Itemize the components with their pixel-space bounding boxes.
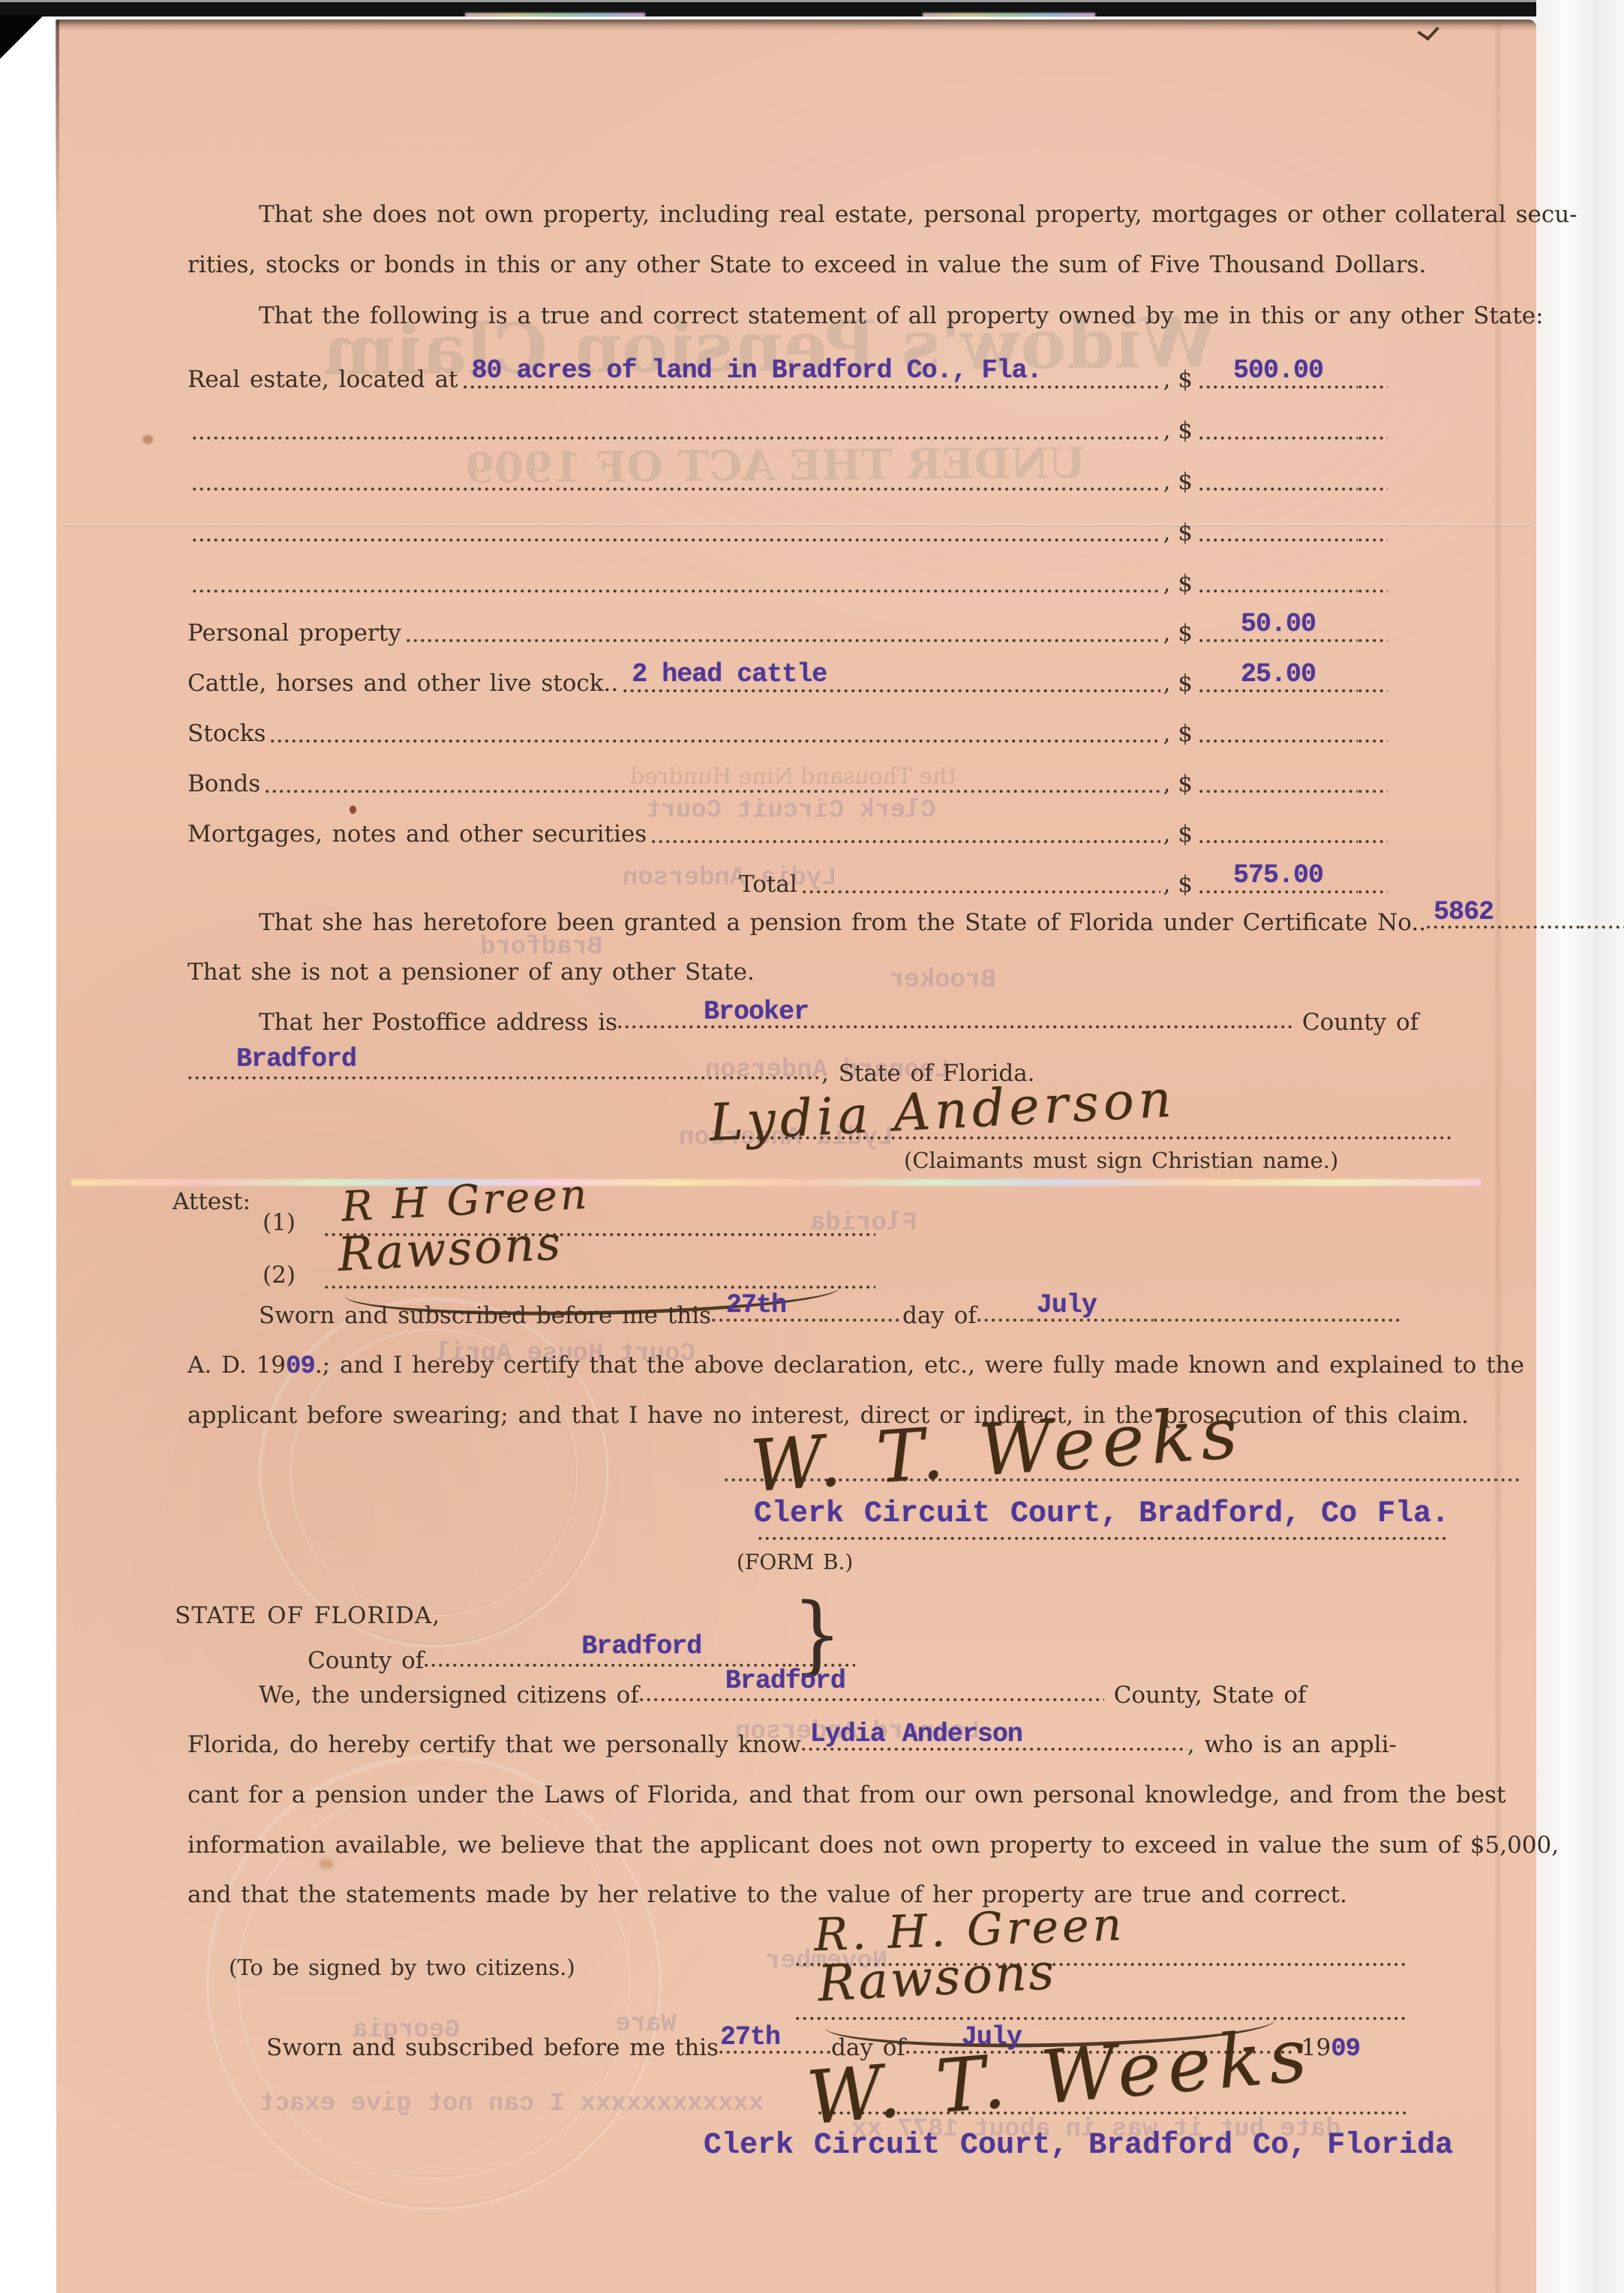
typed-amount: 25.00: [1241, 659, 1316, 689]
typed-month: July: [1037, 1290, 1097, 1320]
dotted-leader: [711, 1316, 719, 1323]
dotted-leader: [1358, 637, 1388, 644]
dotted-leader: [192, 536, 1160, 543]
typed-day: 27th: [726, 1290, 786, 1320]
dollar-sign: , $: [1160, 417, 1199, 444]
property-row-label: Bonds: [188, 770, 260, 797]
total-row: Total , $ 575.00: [739, 863, 1388, 898]
property-row-label: Mortgages, notes and other securities: [188, 821, 647, 848]
property-row: Bonds, $: [188, 763, 1388, 797]
typed-clerk-title: Clerk Circuit Court, Bradford Co, Florid…: [704, 2129, 1453, 2162]
dotted-leader: July: [1029, 1316, 1153, 1323]
form-b-label: (FORM B.): [737, 1550, 853, 1574]
amount-box: 25.00: [1199, 687, 1358, 694]
dollar-sign: , $: [1160, 770, 1199, 797]
property-row: , $: [188, 410, 1388, 444]
typed-postoffice: Brooker: [704, 997, 809, 1027]
typed-amount: 500.00: [1233, 356, 1323, 386]
not-pensioner-line: That she is not a pensioner of any other…: [188, 959, 755, 986]
scan-rainbow-artifact: [71, 1179, 1481, 1186]
fold-crease: [1496, 20, 1500, 2293]
amount-box: [1199, 838, 1358, 845]
amount-box: [1199, 737, 1358, 744]
embossed-seal: [206, 1755, 661, 2210]
property-row-label: Stocks: [188, 720, 266, 747]
dotted-leader: 80 acres of land in Bradford Co., Fla.: [463, 383, 1160, 390]
ad-rest: .; and I hereby certify that the above d…: [315, 1352, 1524, 1379]
citizens-line-1: We, the undersigned citizens ofBradford …: [259, 1682, 1307, 1709]
typed-county: Bradford: [236, 1044, 356, 1074]
citizens-line-3: cant for a pension under the Laws of Flo…: [188, 1781, 1506, 1808]
ad-prefix: A. D. 19: [188, 1352, 286, 1379]
sworn-prefix: Sworn and subscribed before me this: [266, 2034, 719, 2061]
dollar-sign: , $: [1160, 620, 1199, 647]
typed-entry: 2 head cattle: [632, 659, 827, 689]
dotted-leader: [192, 434, 1160, 441]
day-of-label: day of: [902, 1302, 977, 1329]
amount-box: [1199, 587, 1358, 594]
dotted-leader: Brooker: [696, 1023, 1292, 1030]
dotted-leader: [824, 1316, 902, 1323]
typed-clerk-title: Clerk Circuit Court, Bradford, Co Fla.: [754, 1497, 1449, 1531]
signature-line: [818, 2109, 1410, 2116]
amount-box: [1199, 536, 1358, 543]
dotted-leader: [1358, 687, 1388, 694]
notary-title-1: Clerk Circuit Court, Bradford, Co Fla.: [754, 1497, 1449, 1531]
property-row-label: Personal property: [188, 620, 401, 647]
dotted-leader: 27th: [719, 1316, 824, 1323]
know-suffix: , who is an appli-: [1187, 1731, 1397, 1758]
dotted-leader: 2 head cattle: [623, 687, 1160, 694]
amount-box: 575.00: [1199, 888, 1358, 895]
embossed-seal: [259, 1298, 608, 1647]
dotted-leader: Lydia Anderson: [801, 1745, 1187, 1752]
dotted-leader: [424, 1661, 525, 1668]
pension-granted-text: That she has heretofore been granted a p…: [259, 909, 1426, 936]
postoffice-label: That her Postoffice address is: [259, 1009, 617, 1036]
declaration-line: rities, stocks or bonds in this or any o…: [188, 251, 1426, 278]
dollar-sign: , $: [1160, 821, 1199, 848]
state-of-florida-line: STATE OF FLORIDA,: [175, 1602, 440, 1629]
dotted-leader: [1358, 536, 1388, 543]
scanner-edge-bar: [0, 0, 1624, 17]
property-row: Cattle, horses and other live stock..2 h…: [188, 662, 1388, 697]
signature-line: [713, 1134, 1451, 1141]
typed-year: 09: [1331, 2035, 1360, 2063]
dotted-leader: [617, 1023, 696, 1030]
dotted-leader: [1358, 888, 1388, 895]
dollar-sign: , $: [1160, 570, 1199, 597]
property-row-label: Cattle, horses and other live stock..: [188, 670, 618, 697]
citizens-prefix: We, the undersigned citizens of: [259, 1682, 639, 1709]
dotted-leader: 5862: [1426, 923, 1580, 930]
amount-box: [1199, 485, 1358, 492]
dotted-leader: [1358, 383, 1388, 390]
typed-amount: 50.00: [1241, 609, 1316, 639]
dotted-leader: [1153, 1316, 1400, 1323]
typed-certificate-no: 5862: [1433, 897, 1493, 927]
dollar-sign: , $: [1160, 670, 1199, 697]
know-prefix: Florida, do hereby certify that we perso…: [188, 1731, 801, 1758]
dotted-leader: [1358, 788, 1388, 794]
dollar-sign: , $: [1160, 519, 1199, 546]
dotted-leader: [802, 888, 1160, 895]
county-of-label: County of: [308, 1647, 424, 1674]
stain: [143, 435, 153, 444]
scanner-corner-shadow: [0, 15, 56, 74]
dotted-leader: [1580, 923, 1624, 930]
declaration-line: That she does not own property, includin…: [259, 201, 1577, 228]
amount-box: 500.00: [1199, 383, 1358, 390]
property-row: , $: [188, 512, 1388, 546]
dotted-leader: Bradford: [639, 1696, 1104, 1703]
dotted-leader: [192, 485, 1160, 492]
typed-entry: 80 acres of land in Bradford Co., Fla.: [472, 356, 1042, 386]
dotted-leader: [192, 587, 1160, 594]
paper-edge-shadow: [56, 20, 59, 230]
attest1-number: (1): [263, 1209, 296, 1236]
property-row: , $: [188, 563, 1388, 597]
ad-line: A. D. 1909.; and I hereby certify that t…: [188, 1352, 1524, 1381]
notary-title-2: Clerk Circuit Court, Bradford Co, Florid…: [704, 2129, 1453, 2162]
statement-line: That the following is a true and correct…: [259, 302, 1544, 329]
scan-glint: [923, 13, 1095, 17]
attest2-number: (2): [263, 1262, 296, 1289]
dotted-leader: [265, 788, 1160, 794]
dotted-leader: [1358, 737, 1388, 744]
attest-label: Attest:: [173, 1188, 251, 1215]
typed-county: Bradford: [581, 1631, 701, 1661]
total-label: Total: [739, 871, 797, 898]
citizens-line-4: information available, we believe that t…: [188, 1832, 1559, 1859]
dotted-leader: [1358, 485, 1388, 492]
property-row: , $: [188, 461, 1388, 495]
property-row-label: Real estate, located at: [188, 366, 458, 393]
citizens-line-2: Florida, do hereby certify that we perso…: [188, 1731, 1397, 1758]
postoffice-line: That her Postoffice address isBrooker Co…: [259, 1009, 1418, 1036]
dotted-leader: 27th: [719, 2048, 805, 2055]
dollar-sign: , $: [1160, 871, 1199, 898]
typed-day: 27th: [720, 2022, 780, 2052]
scanner-background: [1536, 0, 1624, 2293]
dotted-leader: [758, 1535, 1448, 1541]
dollar-sign: , $: [1160, 468, 1199, 495]
typed-total-amount: 575.00: [1233, 860, 1323, 890]
dotted-leader: [1358, 434, 1388, 441]
dotted-leader: [1358, 587, 1388, 594]
amount-box: 50.00: [1199, 637, 1358, 644]
sworn-line-1: Sworn and subscribed before me this27thd…: [259, 1302, 1400, 1329]
amount-box: [1199, 788, 1358, 794]
stain: [319, 1859, 334, 1869]
two-citizens-note: (To be signed by two citizens.): [229, 1955, 575, 1980]
claimant-note: (Claimants must sign Christian name.): [904, 1148, 1338, 1173]
dotted-leader: [406, 637, 1160, 644]
typed-county: Bradford: [725, 1666, 845, 1696]
dollar-sign: , $: [1160, 720, 1199, 747]
amount-box: [1199, 434, 1358, 441]
scan-glint: [465, 13, 645, 17]
citizens-suffix: County, State of: [1114, 1682, 1307, 1709]
dollar-sign: , $: [1160, 366, 1199, 393]
citizens-line-5: and that the statements made by her rela…: [188, 1881, 1347, 1908]
dotted-leader: Bradford: [188, 1074, 821, 1081]
property-row: Mortgages, notes and other securities, $: [188, 813, 1388, 848]
property-row: Stocks, $: [188, 713, 1388, 747]
scanned-pension-document: Widow's Pension ClaimUNDER THE ACT OF 19…: [0, 0, 1624, 2293]
dotted-leader: [977, 1316, 1029, 1323]
dotted-leader: [1358, 838, 1388, 845]
signature-line: [724, 1476, 1523, 1483]
typed-applicant-name: Lydia Anderson: [810, 1719, 1022, 1749]
property-row: Real estate, located at80 acres of land …: [188, 359, 1388, 393]
sworn-prefix: Sworn and subscribed before me this: [259, 1302, 711, 1329]
county-of-label: County of: [1302, 1009, 1418, 1036]
property-row: Personal property, $50.00: [188, 612, 1388, 647]
dotted-leader: [270, 737, 1160, 744]
typed-year: 09: [286, 1352, 315, 1381]
dotted-leader: [651, 838, 1160, 845]
signature-line: [795, 2015, 1406, 2021]
pension-granted-line: That she has heretofore been granted a p…: [259, 909, 1624, 936]
